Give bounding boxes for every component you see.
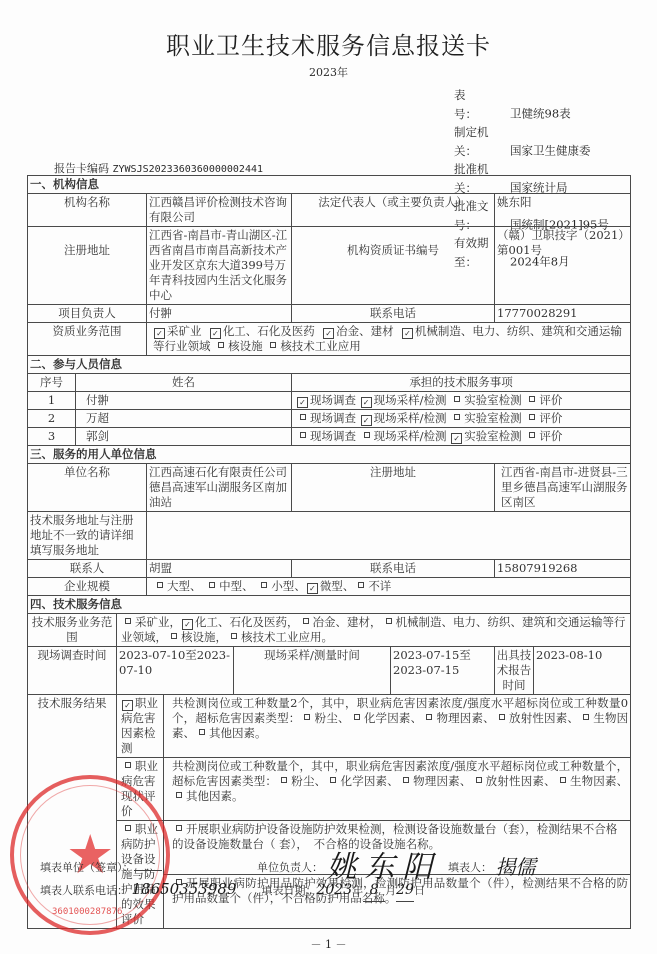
checkbox-unchecked-icon[interactable] (560, 777, 566, 783)
survey-time-label: 现场调查时间 (28, 647, 117, 695)
checkbox-checked-icon[interactable]: ✓ (210, 328, 221, 339)
personnel-row: 1 付翀 ✓现场调查 ✓现场采样/检测 实验室检测 评价 (28, 392, 631, 410)
checkbox-checked-icon[interactable]: ✓ (122, 700, 133, 711)
checkbox-unchecked-icon[interactable] (281, 777, 287, 783)
org-phone: 17770028291 (495, 305, 631, 323)
org-name: 江西赣昌评价检测技术咨询有限公司 (147, 194, 292, 227)
checkbox-unchecked-icon[interactable] (125, 618, 131, 624)
fill-date-month: 8 (363, 879, 385, 902)
contact: 胡盟 (147, 560, 292, 578)
checkbox-unchecked-icon[interactable] (300, 414, 306, 420)
detection-result: 共检测岗位或工种数量2个，其中，职业病危害因素浓度/强度水平超标岗位或工种数量0… (164, 695, 631, 758)
report-form: 一、机构信息 机构名称 江西赣昌评价检测技术咨询有限公司 法定代表人（或主要负责… (27, 175, 631, 929)
personnel-row: 2 万超 现场调查 ✓现场采样/检测 实验室检测 评价 (28, 410, 631, 428)
reg-addr: 江西省-南昌市-青山湖区-江西省南昌市南昌高新技术产业开发区京东大道399号万年… (147, 227, 292, 305)
filling-unit-label: 填表单位（签章）： (40, 857, 180, 879)
checkbox-unchecked-icon[interactable] (218, 342, 224, 348)
project-lead: 付翀 (147, 305, 292, 323)
meta-form-no: 表 号：卫健统98表 (454, 86, 609, 123)
unit-reg-addr: 江西省-南昌市-进贤县-三里乡德昌高速军山湖服务区南区 (495, 464, 631, 512)
section2-title: 二、参与人员信息 (28, 356, 631, 374)
checkbox-unchecked-icon[interactable] (261, 582, 267, 588)
unit-name-label: 单位名称 (28, 464, 147, 512)
report-time-label: 出具技术报告时间 (495, 647, 534, 695)
checkbox-unchecked-icon[interactable] (157, 582, 163, 588)
survey-time: 2023-07-10至2023-07-10 (117, 647, 234, 695)
checkbox-unchecked-icon[interactable] (583, 714, 589, 720)
checkbox-unchecked-icon[interactable] (529, 432, 535, 438)
checkbox-checked-icon[interactable]: ✓ (451, 433, 462, 444)
checkbox-unchecked-icon[interactable] (270, 342, 276, 348)
size-options: 大型、 中型、 小型、✓微型、不详 (147, 578, 631, 596)
sampling-time-label: 现场采样/测量时间 (234, 647, 391, 695)
checkbox-unchecked-icon[interactable] (358, 582, 364, 588)
checkbox-unchecked-icon[interactable] (454, 396, 460, 402)
legal-rep: 姚东阳 (495, 194, 631, 227)
fill-date-year: 2023 (316, 882, 352, 898)
service-addr-label: 技术服务地址与注册地址不一致的请详细填写服务地址 (28, 512, 147, 560)
report-year: 2023年 (0, 64, 657, 80)
meta-issuer: 制定机关：国家卫生健康委 (454, 123, 609, 160)
checkbox-unchecked-icon[interactable] (529, 396, 535, 402)
qual-scope-label: 资质业务范围 (28, 323, 147, 356)
service-addr (147, 512, 631, 560)
fill-date-label: 填表日期： (261, 884, 316, 897)
checkbox-unchecked-icon[interactable] (176, 792, 182, 798)
checkbox-unchecked-icon[interactable] (304, 714, 310, 720)
evaluation-item: 职业病危害现状评价 (117, 758, 164, 821)
qual-scope: ✓采矿业 ✓化工、石化及医药 ✓冶金、建材 ✓机械制造、电力、纺织、建筑和交通运… (147, 323, 631, 356)
checkbox-unchecked-icon[interactable] (199, 729, 205, 735)
checkbox-checked-icon[interactable]: ✓ (297, 397, 308, 408)
filler-phone: 18650353989 (132, 880, 237, 898)
sampling-time: 2023-07-15至2023-07-15 (391, 647, 495, 695)
checkbox-unchecked-icon[interactable] (499, 714, 505, 720)
evaluation-result: 共检测岗位或工种数量个，其中，职业病危害因素浓度/强度水平超标岗位或工种数量个，… (164, 758, 631, 821)
legal-rep-label: 法定代表人（或主要负责人） (292, 194, 495, 227)
detection-item: ✓职业病危害因素检测 (117, 695, 164, 758)
signature-block: 填表单位（签章）： 单位负责人： 姚东阳 填表人： 揭儒 填表人联系电话： 18… (40, 856, 536, 900)
checkbox-checked-icon[interactable]: ✓ (154, 328, 165, 339)
col-name-header: 姓名 (76, 374, 292, 392)
fill-date-day: 29 (396, 879, 414, 902)
section3-title: 三、服务的用人单位信息 (28, 446, 631, 464)
checkbox-unchecked-icon[interactable] (354, 714, 360, 720)
filler-phone-label: 填表人联系电话： (40, 884, 128, 897)
contact-label: 联系人 (28, 560, 147, 578)
personnel-row: 3 郭剑 现场调查 现场采样/检测 ✓实验室检测 评价 (28, 428, 631, 446)
checkbox-checked-icon[interactable]: ✓ (402, 328, 413, 339)
unit-phone: 15807919268 (495, 560, 631, 578)
checkbox-unchecked-icon[interactable] (476, 777, 482, 783)
section4-title: 四、技术服务信息 (28, 596, 631, 614)
org-name-label: 机构名称 (28, 194, 147, 227)
cert-no: （赣）卫职技字（2021）第001号 (495, 227, 631, 305)
service-scope-label: 技术服务业务范围 (28, 614, 117, 647)
col-seq-header: 序号 (28, 374, 76, 392)
report-time: 2023-08-10 (534, 647, 631, 695)
card-number: 报告卡编码 ZYWSJS2023360360000002441 (54, 160, 263, 176)
unit-name: 江西高速石化有限责任公司德昌高速军山湖服务区南加油站 (147, 464, 292, 512)
filler-signature: 揭儒 (496, 855, 536, 879)
cert-label: 机构资质证书编号 (292, 227, 495, 305)
page-number: － 1 － (0, 936, 657, 952)
checkbox-unchecked-icon[interactable] (176, 825, 182, 831)
org-phone-label: 联系电话 (292, 305, 495, 323)
project-lead-label: 项目负责人 (28, 305, 147, 323)
checkbox-checked-icon[interactable]: ✓ (182, 619, 193, 630)
reg-addr-label: 注册地址 (28, 227, 147, 305)
checkbox-unchecked-icon[interactable] (125, 825, 131, 831)
section1-title: 一、机构信息 (28, 176, 631, 194)
checkbox-unchecked-icon[interactable] (403, 777, 409, 783)
checkbox-unchecked-icon[interactable] (386, 618, 392, 624)
checkbox-unchecked-icon[interactable] (303, 618, 309, 624)
checkbox-unchecked-icon[interactable] (426, 714, 432, 720)
checkbox-unchecked-icon[interactable] (209, 582, 215, 588)
unit-head-label: 单位负责人： (257, 861, 323, 874)
checkbox-checked-icon[interactable]: ✓ (323, 328, 334, 339)
unit-reg-addr-label: 注册地址 (292, 464, 495, 512)
checkbox-unchecked-icon[interactable] (364, 432, 370, 438)
checkbox-checked-icon[interactable]: ✓ (361, 397, 372, 408)
col-tasks-header: 承担的技术服务事项 (292, 374, 631, 392)
checkbox-unchecked-icon[interactable] (454, 414, 460, 420)
checkbox-unchecked-icon[interactable] (125, 762, 131, 768)
checkbox-checked-icon[interactable]: ✓ (361, 415, 372, 426)
document-title: 职业卫生技术服务信息报送卡 (0, 26, 657, 61)
checkbox-checked-icon[interactable]: ✓ (307, 583, 318, 594)
service-scope: 采矿业，✓化工、石化及医药，冶金、建材，机械制造、电力、纺织、建筑和交通运输等行… (117, 614, 631, 647)
checkbox-unchecked-icon[interactable] (330, 777, 336, 783)
size-label: 企业规模 (28, 578, 147, 596)
checkbox-unchecked-icon[interactable] (529, 414, 535, 420)
unit-phone-label: 联系电话 (292, 560, 495, 578)
checkbox-unchecked-icon[interactable] (231, 633, 237, 639)
filler-label: 填表人： (448, 861, 492, 874)
checkbox-unchecked-icon[interactable] (171, 633, 177, 639)
checkbox-unchecked-icon[interactable] (300, 432, 306, 438)
